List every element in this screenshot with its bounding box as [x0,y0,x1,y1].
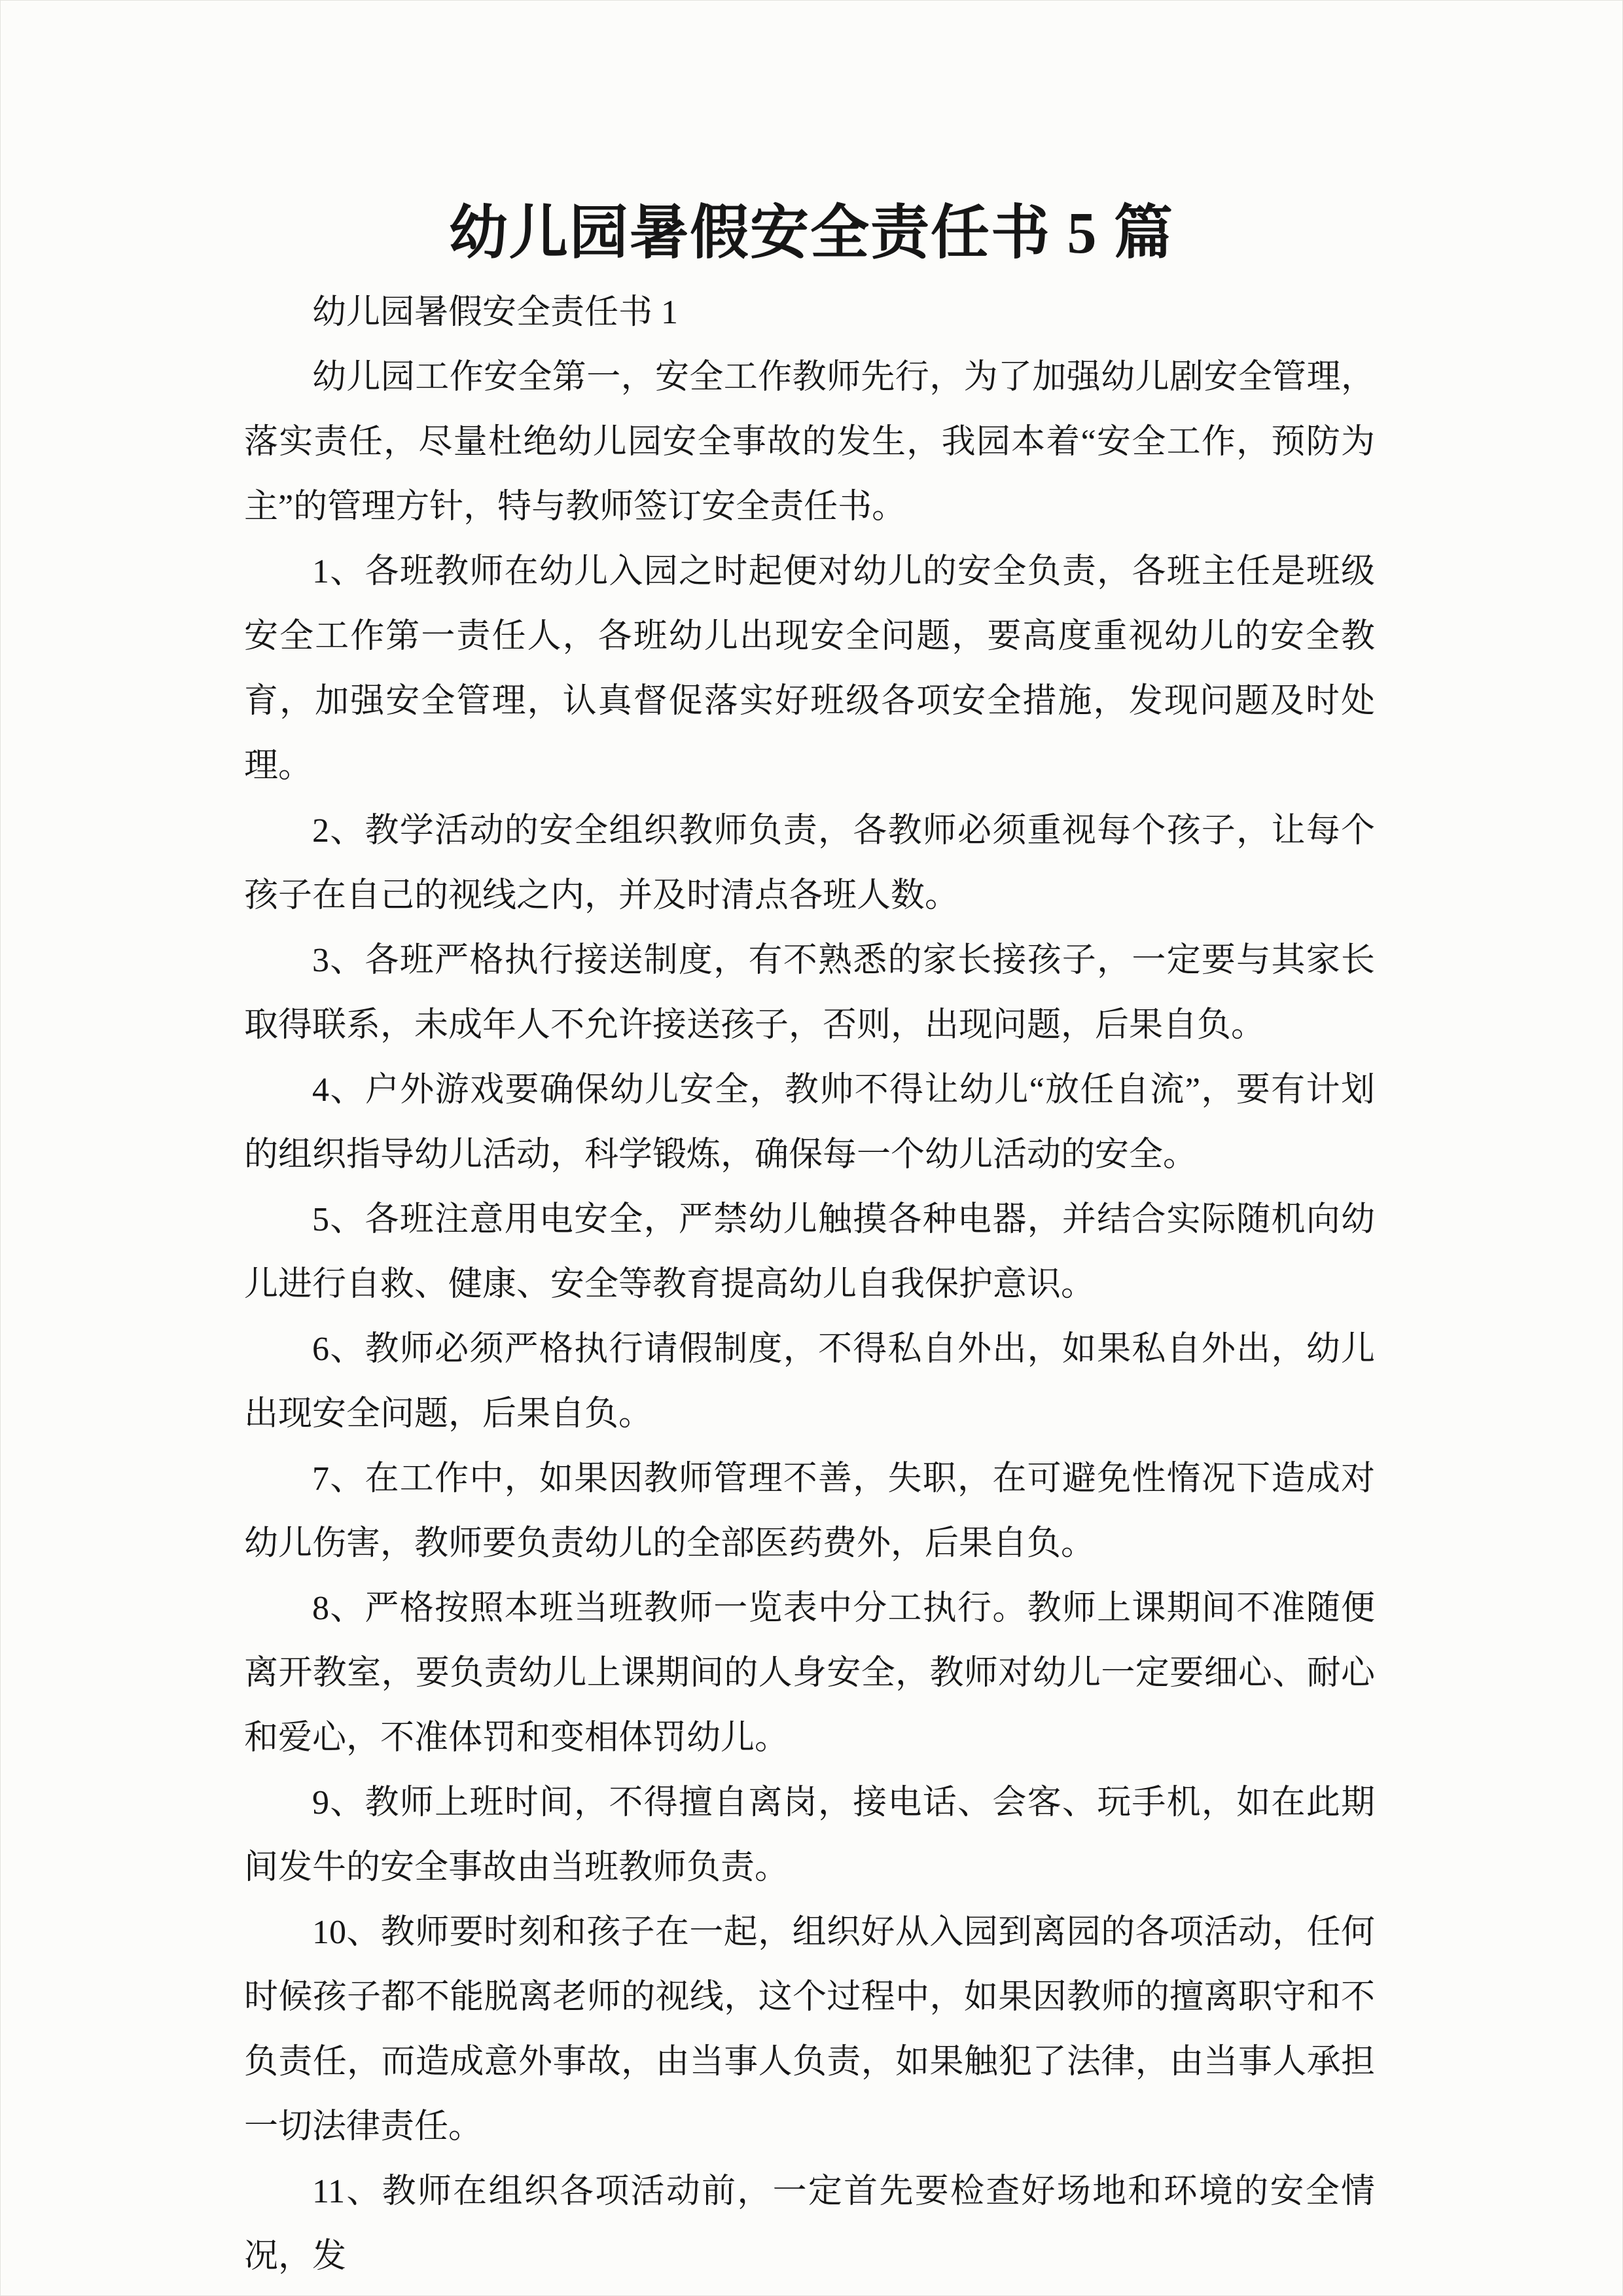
document-title: 幼儿园暑假安全责任书 5 篇 [1,1,1622,271]
body-paragraph: 9、教师上班时间，不得擅自离岗，接电话、会客、玩手机，如在此期间发牛的安全事故由… [244,1770,1375,1900]
body-paragraph: 10、教师要时刻和孩子在一起，组织好从入园到离园的各项活动，任何时候孩子都不能脱… [244,1900,1375,2159]
body-paragraph: 6、教师必须严格执行请假制度，不得私自外出，如果私自外出，幼儿出现安全问题，后果… [244,1317,1375,1446]
body-paragraph: 3、各班严格执行接送制度，有不熟悉的家长接孩子，一定要与其家长取得联系，未成年人… [244,928,1375,1058]
body-paragraph: 8、严格按照本班当班教师一览表中分工执行。教师上课期间不准随便离开教室，要负责幼… [244,1576,1375,1770]
body-paragraph: 7、在工作中，如果因教师管理不善，失职，在可避免性惰况下造成对幼儿伤害，教师要负… [244,1446,1375,1576]
body-paragraph: 幼儿园工作安全第一，安全工作教师先行，为了加强幼儿剧安全管理，落实责任，尽量杜绝… [244,345,1375,539]
body-paragraph: 2、教学活动的安全组织教师负责，各教师必须重视每个孩子，让每个孩子在自己的视线之… [244,798,1375,928]
body-paragraph: 5、各班注意用电安全，严禁幼儿触摸各种电器，并结合实际随机向幼儿进行自救、健康、… [244,1187,1375,1317]
document-page: 幼儿园暑假安全责任书 5 篇 幼儿园暑假安全责任书 1 幼儿园工作安全第一，安全… [0,0,1623,2296]
body-paragraph: 11、教师在组织各项活动前，一定首先要检查好场地和环境的安全情况，发 [244,2159,1375,2289]
body-paragraph: 1、各班教师在幼儿入园之时起便对幼儿的安全负责，各班主任是班级安全工作第一责任人… [244,539,1375,798]
document-subtitle: 幼儿园暑假安全责任书 1 [244,280,1375,345]
document-body: 幼儿园暑假安全责任书 1 幼儿园工作安全第一，安全工作教师先行，为了加强幼儿剧安… [1,280,1622,2289]
body-paragraph: 4、户外游戏要确保幼儿安全，教帅不得让幼儿“放任自流”，要有计划的组织指导幼儿活… [244,1058,1375,1187]
